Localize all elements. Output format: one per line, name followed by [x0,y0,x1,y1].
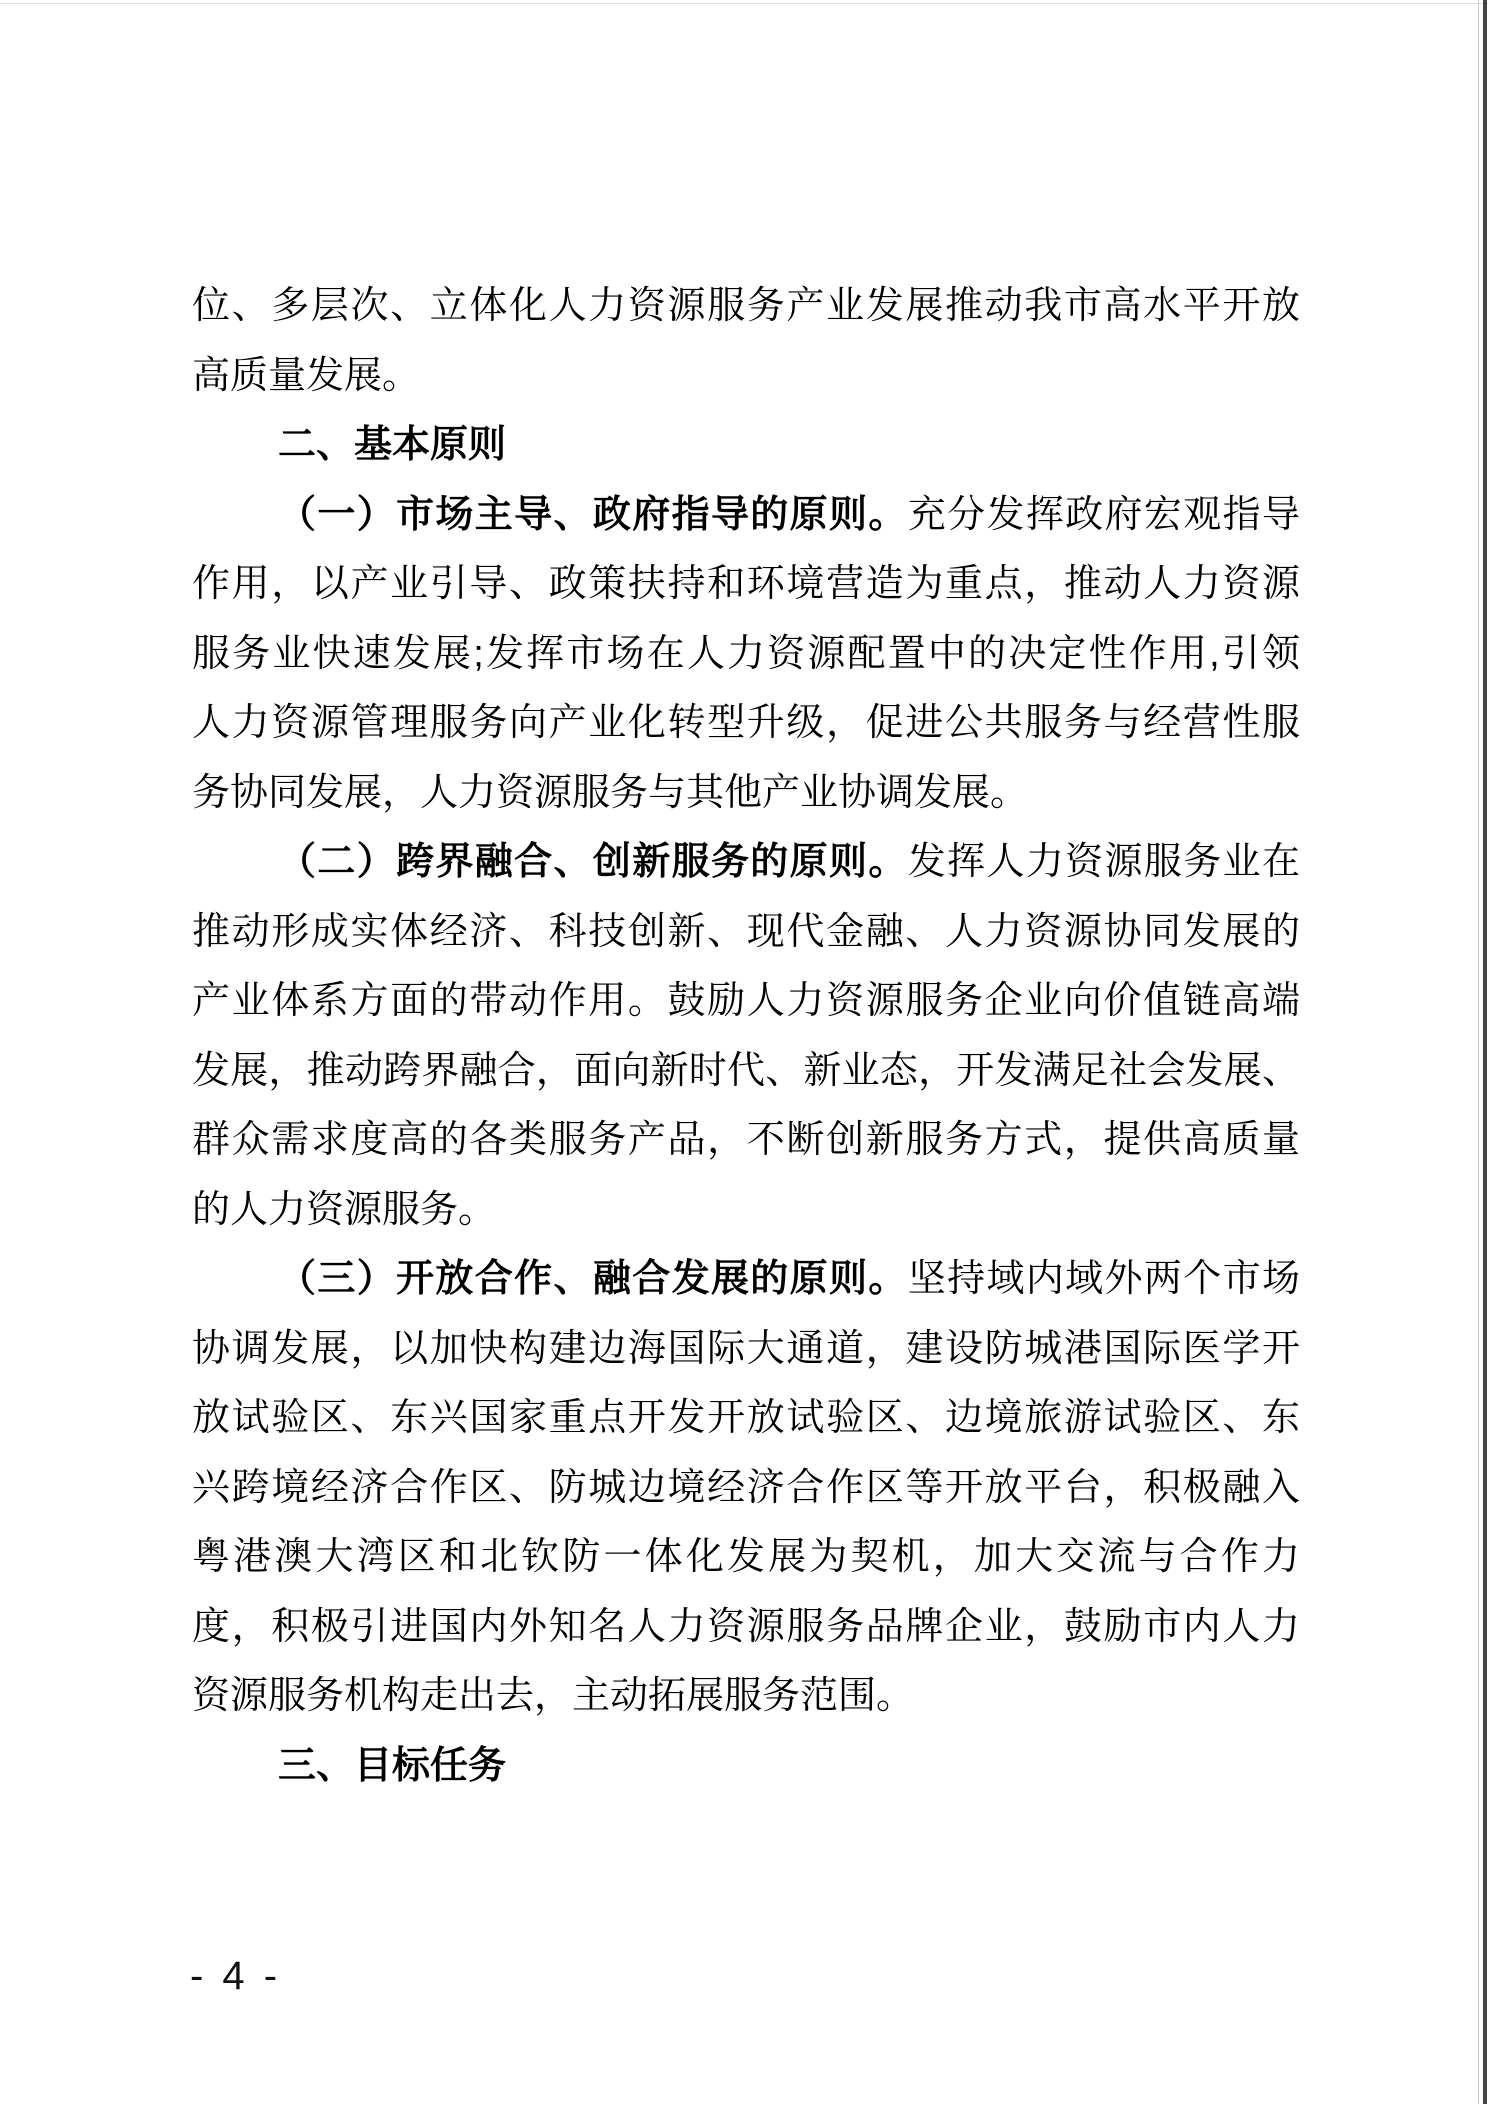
body-line: 服务业快速发展;发挥市场在人力资源配置中的决定性作用,引领 [192,620,1300,690]
body-line: 兴跨境经济合作区、防城边境经济合作区等开放平台，积极融入 [192,1454,1300,1524]
body-line: 放试验区、东兴国家重点开发开放试验区、边境旅游试验区、东 [192,1384,1300,1454]
body-line: 人力资源管理服务向产业化转型升级，促进公共服务与经营性服 [192,689,1300,759]
body-line: 推动形成实体经济、科技创新、现代金融、人力资源协同发展的 [192,898,1300,968]
body-line: 高质量发展。 [192,342,1300,412]
principle-2-lead: （二）跨界融合、创新服务的原则。 [278,841,908,883]
body-line: 务协同发展，人力资源服务与其他产业协调发展。 [192,759,1300,829]
body-line: 度，积极引进国内外知名人力资源服务品牌企业，鼓励市内人力 [192,1593,1300,1663]
principle-3-lead: （三）开放合作、融合发展的原则。 [278,1258,908,1300]
scan-right-edge-dark-line [1483,0,1487,2104]
body-line: 发展，推动跨界融合，面向新时代、新业态，开发满足社会发展、 [192,1037,1300,1107]
body-line: 作用，以产业引导、政策扶持和环境营造为重点，推动人力资源 [192,550,1300,620]
principle-1-lead: （一）市场主导、政府指导的原则。 [278,494,908,536]
body-line: 资源服务机构走出去，主动拓展服务范围。 [192,1662,1300,1732]
scan-right-edge-light-line [1478,0,1479,2104]
principle-1-first-rest: 充分发挥政府宏观指导 [908,494,1300,536]
page-number: - 4 - [190,1952,281,2000]
section-heading-2: 二、基本原则 [192,411,1300,481]
principle-2-first-line: （二）跨界融合、创新服务的原则。发挥人力资源服务业在 [192,828,1300,898]
body-line: 协调发展，以加快构建边海国际大通道，建设防城港国际医学开 [192,1315,1300,1385]
body-line: 粤港澳大湾区和北钦防一体化发展为契机，加大交流与合作力 [192,1523,1300,1593]
principle-2-first-rest: 发挥人力资源服务业在 [908,841,1300,883]
document-page: 位、多层次、立体化人力资源服务产业发展推动我市高水平开放 高质量发展。 二、基本… [0,0,1488,2104]
body-line: 群众需求度高的各类服务产品，不断创新服务方式，提供高质量 [192,1106,1300,1176]
principle-1-first-line: （一）市场主导、政府指导的原则。充分发挥政府宏观指导 [192,481,1300,551]
body-line: 位、多层次、立体化人力资源服务产业发展推动我市高水平开放 [192,272,1300,342]
principle-3-first-line: （三）开放合作、融合发展的原则。坚持域内域外两个市场 [192,1245,1300,1315]
body-line: 产业体系方面的带动作用。鼓励人力资源服务企业向价值链高端 [192,967,1300,1037]
section-heading-3: 三、目标任务 [192,1732,1300,1802]
document-text-block: 位、多层次、立体化人力资源服务产业发展推动我市高水平开放 高质量发展。 二、基本… [192,272,1300,1801]
principle-3-first-rest: 坚持域内域外两个市场 [908,1258,1300,1300]
body-line: 的人力资源服务。 [192,1176,1300,1246]
scan-top-edge-line [0,3,1488,4]
